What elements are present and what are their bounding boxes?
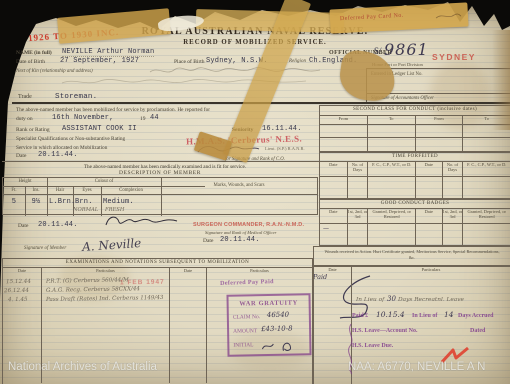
time-forfeited-header: Date <box>320 162 347 176</box>
home-port-label: Home Port or Port Division <box>372 62 423 67</box>
hair-value: L.Brn. <box>49 198 75 206</box>
second-class-header: From <box>415 116 463 124</box>
good-conduct-table: GOOD CONDUCT BADGES Date 1st, 2nd, or 3r… <box>319 199 510 246</box>
hair-label: Hair <box>47 188 73 193</box>
time-forfeited-header: No. of Days <box>442 162 463 176</box>
mobilization-bottom-rule <box>2 161 319 162</box>
ft-value: 5 <box>3 198 25 206</box>
ledger-box: Entered in Ledger List No. Signature of … <box>366 68 510 104</box>
ledger-entered-label: Entered in Ledger List No. <box>371 72 423 77</box>
ft-label: Ft. <box>3 188 25 193</box>
eyes-value: Brn. <box>75 198 93 206</box>
amount-label: AMOUNT <box>233 328 257 334</box>
description-title: DESCRIPTION OF MEMBER <box>60 170 260 176</box>
good-conduct-cell <box>462 224 510 245</box>
second-class-cell <box>320 125 367 137</box>
good-conduct-header: Granted, Deprived, or Restored <box>367 209 415 223</box>
exam-date-header: Date <box>3 268 41 276</box>
time-forfeited-header: F. C., C.P., W.T., or D. <box>367 162 415 176</box>
ledger-divider <box>367 93 510 94</box>
ins-value: 9½ <box>25 198 47 206</box>
second-class-title: SECOND CLASS FOR CONDUCT (inclusive date… <box>320 106 510 115</box>
marks-label: Marks, Wounds, and Scars <box>161 183 317 188</box>
next-of-kin-label: Next of Kin (relationship and address) <box>16 69 93 74</box>
med-date-label: Date <box>18 223 28 229</box>
second-class-table: SECOND CLASS FOR CONDUCT (inclusive date… <box>319 105 510 152</box>
war-gratuity-box: WAR GRATUITY CLAIM No. 46540 AMOUNT £43-… <box>226 293 311 356</box>
good-conduct-header: Date <box>320 209 347 223</box>
second-class-cell <box>415 138 463 151</box>
initial-label: INITIAL <box>233 342 253 348</box>
duty-label: duty on <box>16 116 33 122</box>
wounds-blurb: Wounds received in Action. Hurt Certific… <box>314 247 510 260</box>
paid-label: Paid £ <box>352 313 368 319</box>
good-conduct-cell <box>347 224 368 245</box>
official-number-prefix: S/ <box>374 46 382 56</box>
year-value: 44 <box>150 114 159 122</box>
archive-reference: NAA: A6770, NEVILLE A N <box>348 361 485 373</box>
mobilization-line1: The above-named member has been mobilize… <box>16 107 326 113</box>
good-conduct-cell <box>442 224 463 245</box>
second-class-cell <box>367 138 415 151</box>
exam-row-date: 15.12.44 <box>6 279 31 285</box>
complexion-value: Medium. <box>103 198 134 206</box>
good-conduct-header: Date <box>415 209 442 223</box>
exam-row-date: 26.12.44 <box>4 288 29 294</box>
good-conduct-mark: — <box>320 224 347 245</box>
height-label: Height <box>3 179 47 184</box>
second-class-header: To <box>462 116 510 124</box>
official-number-value: 9861 <box>384 40 429 59</box>
dated-label: Dated <box>470 328 485 334</box>
second-class-header: From <box>320 116 367 124</box>
eyes-note: NORMAL <box>73 207 98 213</box>
mo-date-value: 20.11.44. <box>220 236 260 244</box>
claim-value: 46540 <box>267 311 289 319</box>
description-table: Height Colour of Marks, Wounds, and Scar… <box>2 177 318 215</box>
leave-particulars-header: Particulars <box>351 267 510 276</box>
exam-date-header: Date <box>169 268 206 276</box>
exam-row-date: 4. 1.45 <box>8 297 28 303</box>
time-forfeited-table: TIME FORFEITED Date No. of Days F. C., C… <box>319 152 510 199</box>
complexion-label: Complexion <box>101 188 161 193</box>
lieu-label: In Lieu of <box>412 313 437 319</box>
good-conduct-header: 1st, 2nd, or 3rd <box>347 209 368 223</box>
spec-qual-label: Specialist Qualifications or Non-substan… <box>16 136 125 142</box>
time-forfeited-header: Date <box>415 162 442 176</box>
time-forfeited-cell <box>442 177 463 198</box>
co-signature <box>196 142 262 156</box>
leave-row1-num: 30 <box>387 295 396 303</box>
second-class-cell <box>320 138 367 151</box>
time-forfeited-cell <box>320 177 347 198</box>
mo-signature-label: Signature and Rank of Medical Officer <box>205 230 276 235</box>
claim-label: CLAIM No. <box>233 314 260 320</box>
mo-date-label: Date <box>203 238 213 244</box>
second-class-cell <box>462 125 510 137</box>
time-forfeited-header: F. C., C.P., W.T., or D. <box>462 162 510 176</box>
seniority-label: Seniority <box>232 127 253 133</box>
mob-date-value: 20.11.44. <box>38 151 78 159</box>
trade-label: Trade <box>18 94 32 100</box>
surgeon-stamp: SURGEON COMMANDER, R.A.N.-N.M.D. <box>193 222 304 228</box>
home-port-stamp: SYDNEY <box>432 52 476 62</box>
second-class-cell <box>462 138 510 151</box>
rank-value: ASSISTANT COOK II <box>62 125 137 133</box>
trade-value: Storeman. <box>55 93 97 101</box>
ledger-signature-label: Signature of Accountants Officer <box>371 96 434 101</box>
duty-date-value: 16th November, <box>52 114 114 122</box>
official-number-label: OFFICIAL NUMBER <box>329 50 392 56</box>
examinations-title: EXAMINATIONS AND NOTATIONS SUBSEQUENT TO… <box>3 259 312 267</box>
year-prefix: 19 <box>140 116 146 122</box>
good-conduct-cell <box>367 224 415 245</box>
received-date-stamp: 1 FEB 1947 <box>120 279 165 287</box>
ins-label: Ins. <box>25 188 47 193</box>
leave-row1-pre: In Lieu of <box>356 297 384 303</box>
initials-handwriting <box>259 339 299 354</box>
seniority-value: 16.11.44. <box>262 125 302 133</box>
time-forfeited-cell <box>347 177 368 198</box>
amount-value: £43-10-8 <box>261 325 293 334</box>
member-signature-label: Signature of Member <box>24 246 66 251</box>
document-title: ROYAL AUSTRALIAN NAVAL RESERVE. <box>110 26 400 37</box>
good-conduct-title: GOOD CONDUCT BADGES <box>320 200 510 208</box>
heavy-rule <box>12 102 510 104</box>
dob-label: Date of Birth <box>16 59 45 65</box>
exam-particulars-header: Particulars <box>206 268 312 276</box>
eyes-label: Eyes <box>73 188 101 193</box>
paid-amount: 10.15.4 <box>376 310 405 319</box>
dob-value: 27 September, 1927 <box>60 57 139 65</box>
time-forfeited-header: No. of Days <box>347 162 368 176</box>
accrued-label: Days Accrued <box>458 313 494 319</box>
document-subtitle: RECORD OF MOBILIZED SERVICE. <box>140 39 370 46</box>
co-rank-note: Lieut. (S.P.) R.A.N.R. <box>265 146 305 151</box>
good-conduct-header: Granted, Deprived, or Restored <box>462 209 510 223</box>
rank-label: Rank or Rating <box>16 127 50 133</box>
next-of-kin-handwriting-2 <box>60 76 310 88</box>
time-forfeited-cell <box>462 177 510 198</box>
name-value: NEVILLE Arthur Norman <box>62 48 154 57</box>
second-class-header: To <box>367 116 415 124</box>
second-class-cell <box>367 125 415 137</box>
good-conduct-header: 1st, 2nd, or 3rd <box>442 209 463 223</box>
medical-officer-signature <box>103 213 181 230</box>
time-forfeited-cell <box>415 177 442 198</box>
med-date-value: 20.11.44. <box>38 221 78 229</box>
name-label: NAME (in full) <box>16 50 52 56</box>
due-label: H.S. Leave Due. <box>352 343 393 349</box>
time-forfeited-title: TIME FORFEITED <box>320 153 510 161</box>
leave-row1-post: Days Recreatnl. Leave <box>398 297 464 303</box>
archive-watermark: National Archives of Australia <box>8 361 157 373</box>
exam-particulars-header: Particulars <box>41 268 169 276</box>
time-forfeited-cell <box>367 177 415 198</box>
mob-date-label: Date <box>16 153 26 159</box>
scanned-record-card: 1926 TO 1930 INC. ROYAL AUSTRALIAN NAVAL… <box>0 0 510 384</box>
account-label: H.S. Leave—Account No. <box>352 328 418 334</box>
war-gratuity-title: WAR GRATUITY <box>229 299 309 307</box>
good-conduct-cell <box>415 224 442 245</box>
lieu-num: 14 <box>444 310 454 319</box>
colour-label: Colour of <box>47 179 161 184</box>
second-class-cell <box>415 125 463 137</box>
leave-date-header: Date <box>314 267 351 276</box>
wounds-blurb-box: Wounds received in Action. Hurt Certific… <box>313 246 510 266</box>
